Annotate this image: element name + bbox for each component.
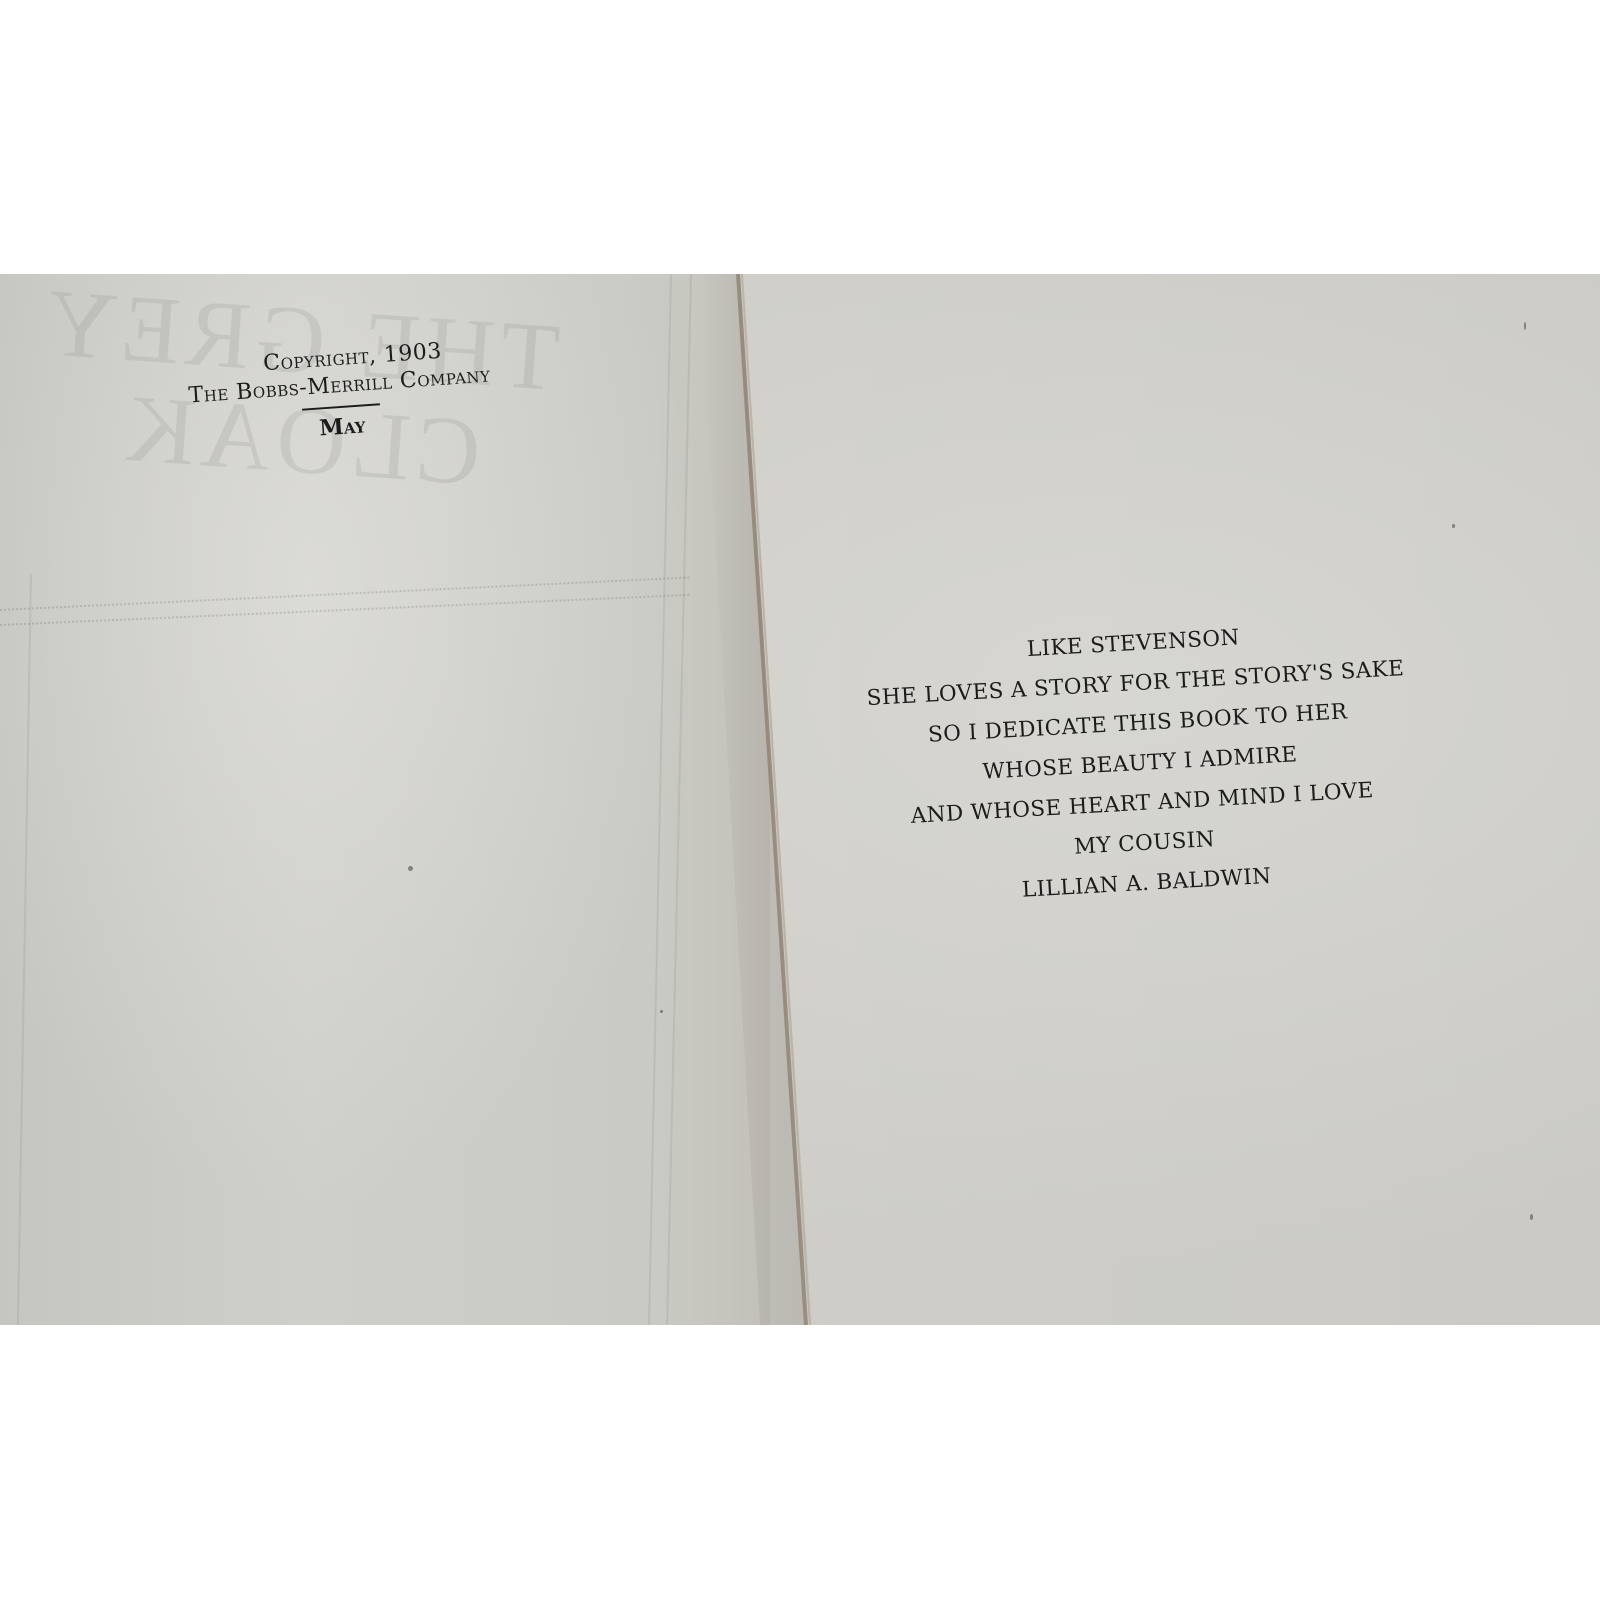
speck <box>1524 322 1526 330</box>
book-photo: THE GREY CLOAK Copyright, 1903 The Bobbs… <box>0 274 1600 1325</box>
speck <box>1452 524 1455 528</box>
speck <box>1530 1214 1533 1220</box>
dedication: LIKE STEVENSON SHE LOVES A STORY FOR THE… <box>823 607 1458 921</box>
